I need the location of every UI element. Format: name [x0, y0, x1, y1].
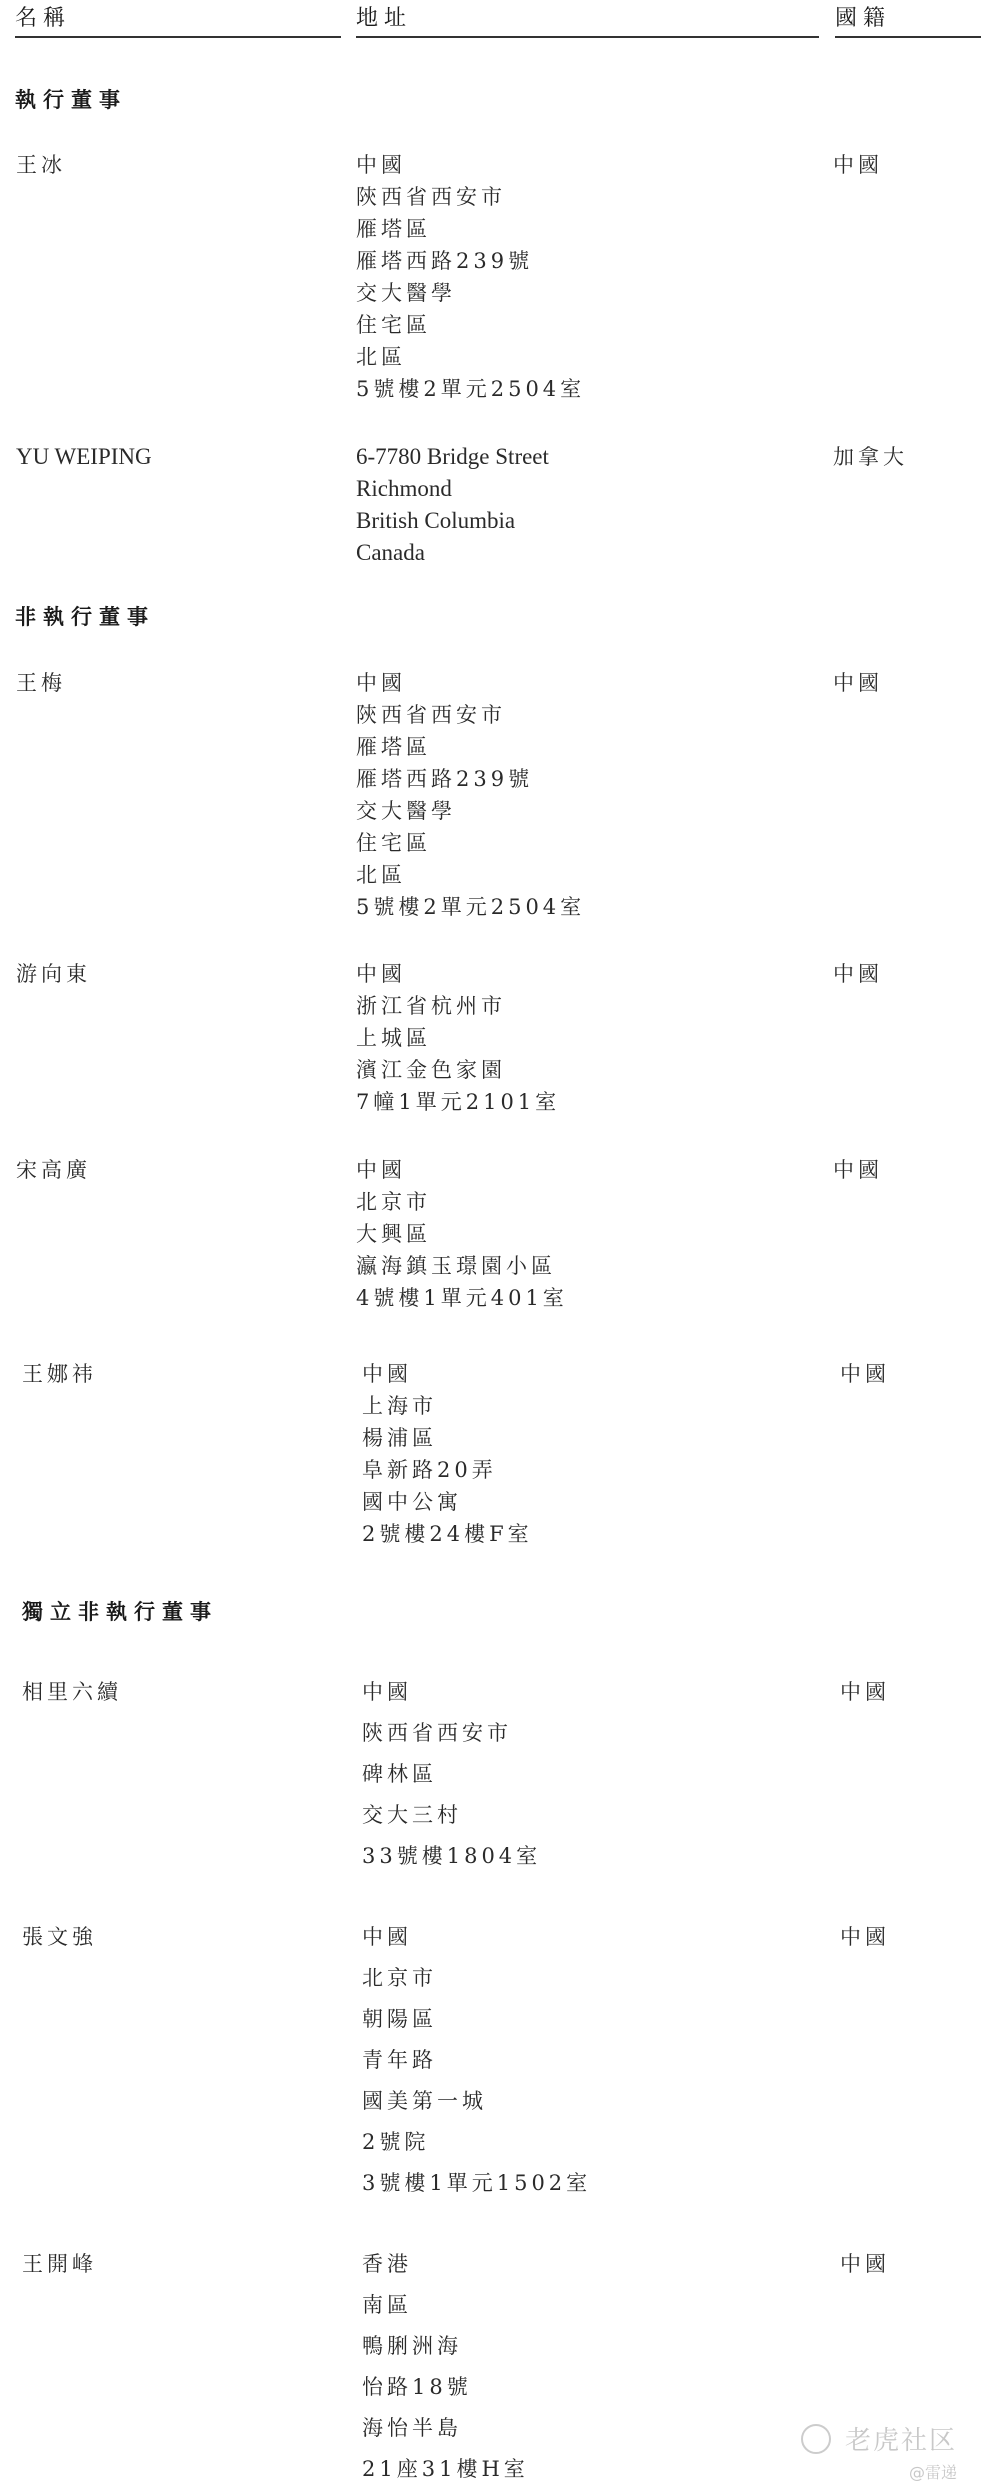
director-name: 游向東	[16, 958, 91, 990]
column-header-address: 地址	[356, 4, 819, 38]
director-name: 王冰	[16, 149, 66, 181]
director-nationality: 中國	[840, 1672, 890, 1713]
director-nationality: 中國	[833, 1154, 883, 1186]
director-address: 中國 陝西省西安市 碑林區 交大三村 33號樓1804室	[362, 1672, 541, 1877]
director-address: 中國 陝西省西安市 雁塔區 雁塔西路239號 交大醫學 住宅區 北區 5號樓2單…	[356, 149, 585, 405]
director-name: 王開峰	[22, 2244, 97, 2285]
director-address: 中國 上海市 楊浦區 阜新路20弄 國中公寓 2號樓24樓F室	[362, 1358, 533, 1550]
director-nationality: 中國	[840, 1917, 890, 1958]
director-name: 張文強	[22, 1917, 97, 1958]
director-nationality: 中國	[840, 1358, 890, 1390]
column-header-nationality: 國籍	[835, 4, 981, 38]
director-nationality: 加拿大	[833, 441, 908, 473]
director-address: 香港 南區 鴨脷洲海 怡路18號 海怡半島 21座31樓H室	[362, 2244, 529, 2490]
director-name: 王梅	[16, 667, 66, 699]
section-title-independent-non-executive-directors: 獨立非執行董事	[22, 1598, 218, 1626]
director-address: 6-7780 Bridge Street Richmond British Co…	[356, 441, 549, 569]
director-name: 王娜祎	[22, 1358, 97, 1390]
director-address: 中國 陝西省西安市 雁塔區 雁塔西路239號 交大醫學 住宅區 北區 5號樓2單…	[356, 667, 585, 923]
director-nationality: 中國	[833, 958, 883, 990]
director-address: 中國 北京市 朝陽區 青年路 國美第一城 2號院 3號樓1單元1502室	[362, 1917, 591, 2204]
director-address: 中國 浙江省杭州市 上城區 濱江金色家園 7幢1單元2101室	[356, 958, 560, 1118]
director-nationality: 中國	[833, 149, 883, 181]
director-name: 相里六續	[22, 1672, 122, 1713]
director-nationality: 中國	[833, 667, 883, 699]
column-header-name: 名稱	[15, 4, 341, 38]
watermark-author: @雷递	[909, 2460, 957, 2483]
section-title-executive-directors: 執行董事	[15, 86, 127, 114]
director-nationality: 中國	[840, 2244, 890, 2285]
section-title-non-executive-directors: 非執行董事	[15, 603, 155, 631]
director-name: YU WEIPING	[16, 441, 152, 473]
director-address: 中國 北京市 大興區 瀛海鎮玉璟園小區 4號樓1單元401室	[356, 1154, 568, 1314]
watermark-brand: 老虎社区	[801, 2420, 957, 2457]
tiger-logo-icon	[801, 2424, 831, 2454]
director-name: 宋高廣	[16, 1154, 91, 1186]
